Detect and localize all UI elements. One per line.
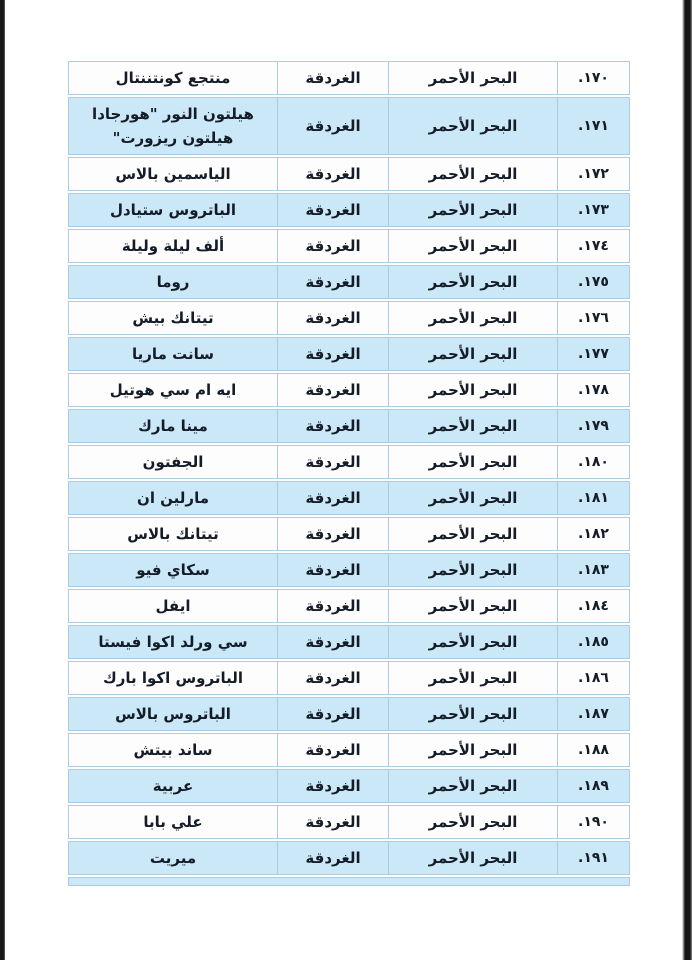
row-number-cell: .١٨٨ [557, 733, 630, 767]
photo-left-edge [0, 0, 5, 960]
hotel-name-cell: سكاي فيو [68, 553, 277, 587]
hotel-name-cell: ايفل [68, 589, 277, 623]
hotel-name-cell: ميريت [68, 841, 277, 875]
row-number-cell: .١٨٢ [557, 517, 630, 551]
city-cell: الغردقة [277, 661, 388, 695]
hotel-name-cell: تيتانك بالاس [68, 517, 277, 551]
governorate-cell: البحر الأحمر [388, 373, 557, 407]
table-row: .١٧٦ البحر الأحمر الغردقة تيتانك بيش [68, 301, 630, 335]
table-row: .١٨٠ البحر الأحمر الغردقة الجفتون [68, 445, 630, 479]
governorate-cell: البحر الأحمر [388, 589, 557, 623]
city-cell: الغردقة [277, 373, 388, 407]
row-number-cell: .١٨٧ [557, 697, 630, 731]
governorate-cell: البحر الأحمر [388, 625, 557, 659]
row-number-cell: .١٧٥ [557, 265, 630, 299]
table-row: .١٨٣ البحر الأحمر الغردقة سكاي فيو [68, 553, 630, 587]
hotel-name-cell: ألف ليلة وليلة [68, 229, 277, 263]
governorate-cell: البحر الأحمر [388, 193, 557, 227]
table-row: .١٨٤ البحر الأحمر الغردقة ايفل [68, 589, 630, 623]
city-cell: الغردقة [277, 481, 388, 515]
city-cell: الغردقة [277, 337, 388, 371]
hotel-name-cell: الباتروس اكوا بارك [68, 661, 277, 695]
table-row: .١٩٠ البحر الأحمر الغردقة علي بابا [68, 805, 630, 839]
table-row: .١٧٢ البحر الأحمر الغردقة الياسمين بالاس [68, 157, 630, 191]
hotel-name-cell: مينا مارك [68, 409, 277, 443]
city-cell: الغردقة [277, 841, 388, 875]
city-cell: الغردقة [277, 517, 388, 551]
row-number-cell: .١٧٣ [557, 193, 630, 227]
governorate-cell: البحر الأحمر [388, 769, 557, 803]
hotel-name-cell: الياسمين بالاس [68, 157, 277, 191]
table-row: .١٧٨ البحر الأحمر الغردقة ايه ام سي هوتي… [68, 373, 630, 407]
table-row: .١٧٥ البحر الأحمر الغردقة روما [68, 265, 630, 299]
governorate-cell: البحر الأحمر [388, 337, 557, 371]
governorate-cell: البحر الأحمر [388, 61, 557, 95]
city-cell: الغردقة [277, 769, 388, 803]
table-row: .١٨٨ البحر الأحمر الغردقة ساند بيتش [68, 733, 630, 767]
city-cell: الغردقة [277, 229, 388, 263]
table-row: .١٧٧ البحر الأحمر الغردقة سانت ماريا [68, 337, 630, 371]
hotel-name-cell: عربية [68, 769, 277, 803]
row-number-cell: .١٧٦ [557, 301, 630, 335]
row-number-cell: .١٧٤ [557, 229, 630, 263]
row-number-cell: .١٧٨ [557, 373, 630, 407]
city-cell: الغردقة [277, 697, 388, 731]
governorate-cell: البحر الأحمر [388, 805, 557, 839]
row-number-cell: .١٨٠ [557, 445, 630, 479]
row-number-cell: .١٨٥ [557, 625, 630, 659]
governorate-cell: البحر الأحمر [388, 409, 557, 443]
row-number-cell: .١٩٠ [557, 805, 630, 839]
governorate-cell: البحر الأحمر [388, 157, 557, 191]
hotel-name-cell: منتجع كونتننتال [68, 61, 277, 95]
row-number-cell: .١٧٠ [557, 61, 630, 95]
hotel-name-cell: هيلتون النور "هورجادا هيلتون ريزورت" [68, 97, 277, 155]
city-cell: الغردقة [277, 553, 388, 587]
governorate-cell: البحر الأحمر [388, 301, 557, 335]
city-cell: الغردقة [277, 445, 388, 479]
city-cell: الغردقة [277, 589, 388, 623]
governorate-cell: البحر الأحمر [388, 553, 557, 587]
governorate-cell: البحر الأحمر [388, 229, 557, 263]
city-cell: الغردقة [277, 409, 388, 443]
row-number-cell: .١٨٣ [557, 553, 630, 587]
row-number-cell: .١٨٦ [557, 661, 630, 695]
city-cell: الغردقة [277, 265, 388, 299]
table-row: .١٩١ البحر الأحمر الغردقة ميريت [68, 841, 630, 875]
city-cell: الغردقة [277, 157, 388, 191]
governorate-cell: البحر الأحمر [388, 481, 557, 515]
city-cell: الغردقة [277, 61, 388, 95]
table-row: .١٧٣ البحر الأحمر الغردقة الباتروس ستياد… [68, 193, 630, 227]
table-row: .١٧٩ البحر الأحمر الغردقة مينا مارك [68, 409, 630, 443]
hotel-name-cell: تيتانك بيش [68, 301, 277, 335]
row-number-cell: .١٨٤ [557, 589, 630, 623]
city-cell: الغردقة [277, 97, 388, 155]
row-number-cell: .١٧١ [557, 97, 630, 155]
table-row: .١٧٤ البحر الأحمر الغردقة ألف ليلة وليلة [68, 229, 630, 263]
row-number-cell: .١٧٩ [557, 409, 630, 443]
governorate-cell: البحر الأحمر [388, 697, 557, 731]
governorate-cell: البحر الأحمر [388, 661, 557, 695]
hotel-name-cell: الباتروس بالاس [68, 697, 277, 731]
table-row: .١٧٠ البحر الأحمر الغردقة منتجع كونتننتا… [68, 61, 630, 95]
table-row: .١٨٧ البحر الأحمر الغردقة الباتروس بالاس [68, 697, 630, 731]
row-number-cell: .١٧٧ [557, 337, 630, 371]
table-row: .١٨٦ البحر الأحمر الغردقة الباتروس اكوا … [68, 661, 630, 695]
city-cell: الغردقة [277, 193, 388, 227]
city-cell: الغردقة [277, 733, 388, 767]
governorate-cell: البحر الأحمر [388, 265, 557, 299]
hotel-name-cell: الباتروس ستيادل [68, 193, 277, 227]
governorate-cell: البحر الأحمر [388, 517, 557, 551]
table-row: .١٨٥ البحر الأحمر الغردقة سي ورلد اكوا ف… [68, 625, 630, 659]
hotel-name-cell: علي بابا [68, 805, 277, 839]
table-bottom-strip [68, 877, 630, 886]
hotel-name-cell: سي ورلد اكوا فيستا [68, 625, 277, 659]
hotel-name-cell: ساند بيتش [68, 733, 277, 767]
hotels-table: .١٧٠ البحر الأحمر الغردقة منتجع كونتننتا… [68, 61, 630, 886]
row-number-cell: .١٨٩ [557, 769, 630, 803]
hotel-name-cell: روما [68, 265, 277, 299]
governorate-cell: البحر الأحمر [388, 445, 557, 479]
governorate-cell: البحر الأحمر [388, 733, 557, 767]
row-number-cell: .١٩١ [557, 841, 630, 875]
hotel-name-cell: ايه ام سي هوتيل [68, 373, 277, 407]
photo-right-edge [682, 0, 692, 960]
governorate-cell: البحر الأحمر [388, 841, 557, 875]
table-row: .١٨١ البحر الأحمر الغردقة مارلين ان [68, 481, 630, 515]
row-number-cell: .١٨١ [557, 481, 630, 515]
city-cell: الغردقة [277, 301, 388, 335]
hotel-name-cell: سانت ماريا [68, 337, 277, 371]
hotel-name-cell: الجفتون [68, 445, 277, 479]
governorate-cell: البحر الأحمر [388, 97, 557, 155]
table-row: .١٨٩ البحر الأحمر الغردقة عربية [68, 769, 630, 803]
hotel-name-cell: مارلين ان [68, 481, 277, 515]
city-cell: الغردقة [277, 805, 388, 839]
city-cell: الغردقة [277, 625, 388, 659]
table-row: .١٧١ البحر الأحمر الغردقة هيلتون النور "… [68, 97, 630, 155]
table-row: .١٨٢ البحر الأحمر الغردقة تيتانك بالاس [68, 517, 630, 551]
row-number-cell: .١٧٢ [557, 157, 630, 191]
